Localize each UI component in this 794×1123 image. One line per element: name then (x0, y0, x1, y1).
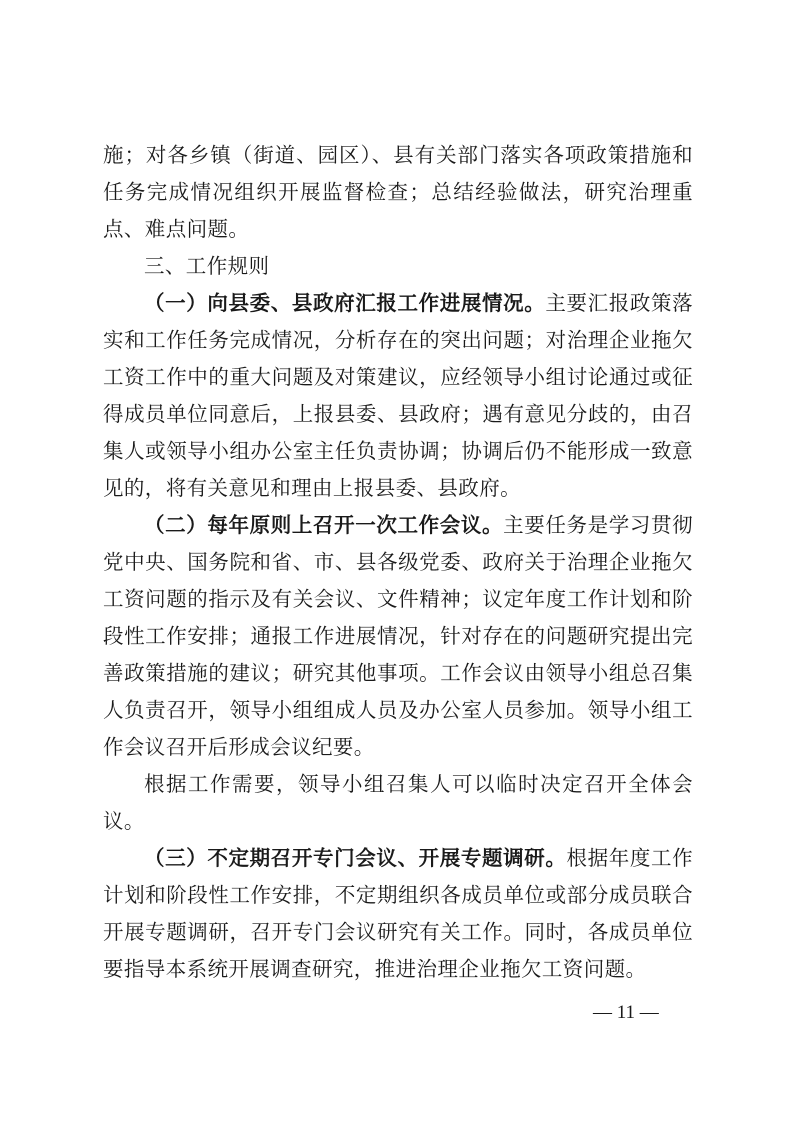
section-heading-text: 三、工作规则 (144, 254, 269, 278)
body-text: 施；对各乡镇（街道、园区）、县有关部门落实各项政策措施和任务完成情况组织开展监督… (103, 137, 693, 988)
rule-paragraph-3: （三）不定期召开专门会议、开展专题调研。根据年度工作计划和阶段性工作安排，不定期… (103, 840, 693, 988)
body-paragraph: 根据工作需要，领导小组召集人可以临时决定召开全体会议。 (103, 766, 693, 840)
paragraph-text: 根据工作需要，领导小组召集人可以临时决定召开全体会议。 (103, 772, 693, 833)
continuation-paragraph: 施；对各乡镇（街道、园区）、县有关部门落实各项政策措施和任务完成情况组织开展监督… (103, 137, 693, 248)
rule-text: 主要汇报政策落实和工作任务完成情况，分析存在的突出问题；对治理企业拖欠工资工作中… (103, 291, 693, 500)
rule-paragraph-1: （一）向县委、县政府汇报工作进展情况。主要汇报政策落实和工作任务完成情况，分析存… (103, 285, 693, 507)
rule-lead: （二）每年原则上召开一次工作会议。 (144, 513, 503, 537)
page-number: — 11 — (593, 1002, 659, 1024)
document-page: 施；对各乡镇（街道、园区）、县有关部门落实各项政策措施和任务完成情况组织开展监督… (0, 0, 794, 1123)
rule-lead: （一）向县委、县政府汇报工作进展情况。 (144, 291, 545, 315)
section-heading: 三、工作规则 (103, 248, 693, 285)
rule-lead: （三）不定期召开专门会议、开展专题调研。 (144, 846, 566, 870)
paragraph-text: 施；对各乡镇（街道、园区）、县有关部门落实各项政策措施和任务完成情况组织开展监督… (103, 143, 693, 241)
rule-text: 主要任务是学习贯彻党中央、国务院和省、市、县各级党委、政府关于治理企业拖欠工资问… (103, 513, 693, 759)
rule-paragraph-2: （二）每年原则上召开一次工作会议。主要任务是学习贯彻党中央、国务院和省、市、县各… (103, 507, 693, 766)
